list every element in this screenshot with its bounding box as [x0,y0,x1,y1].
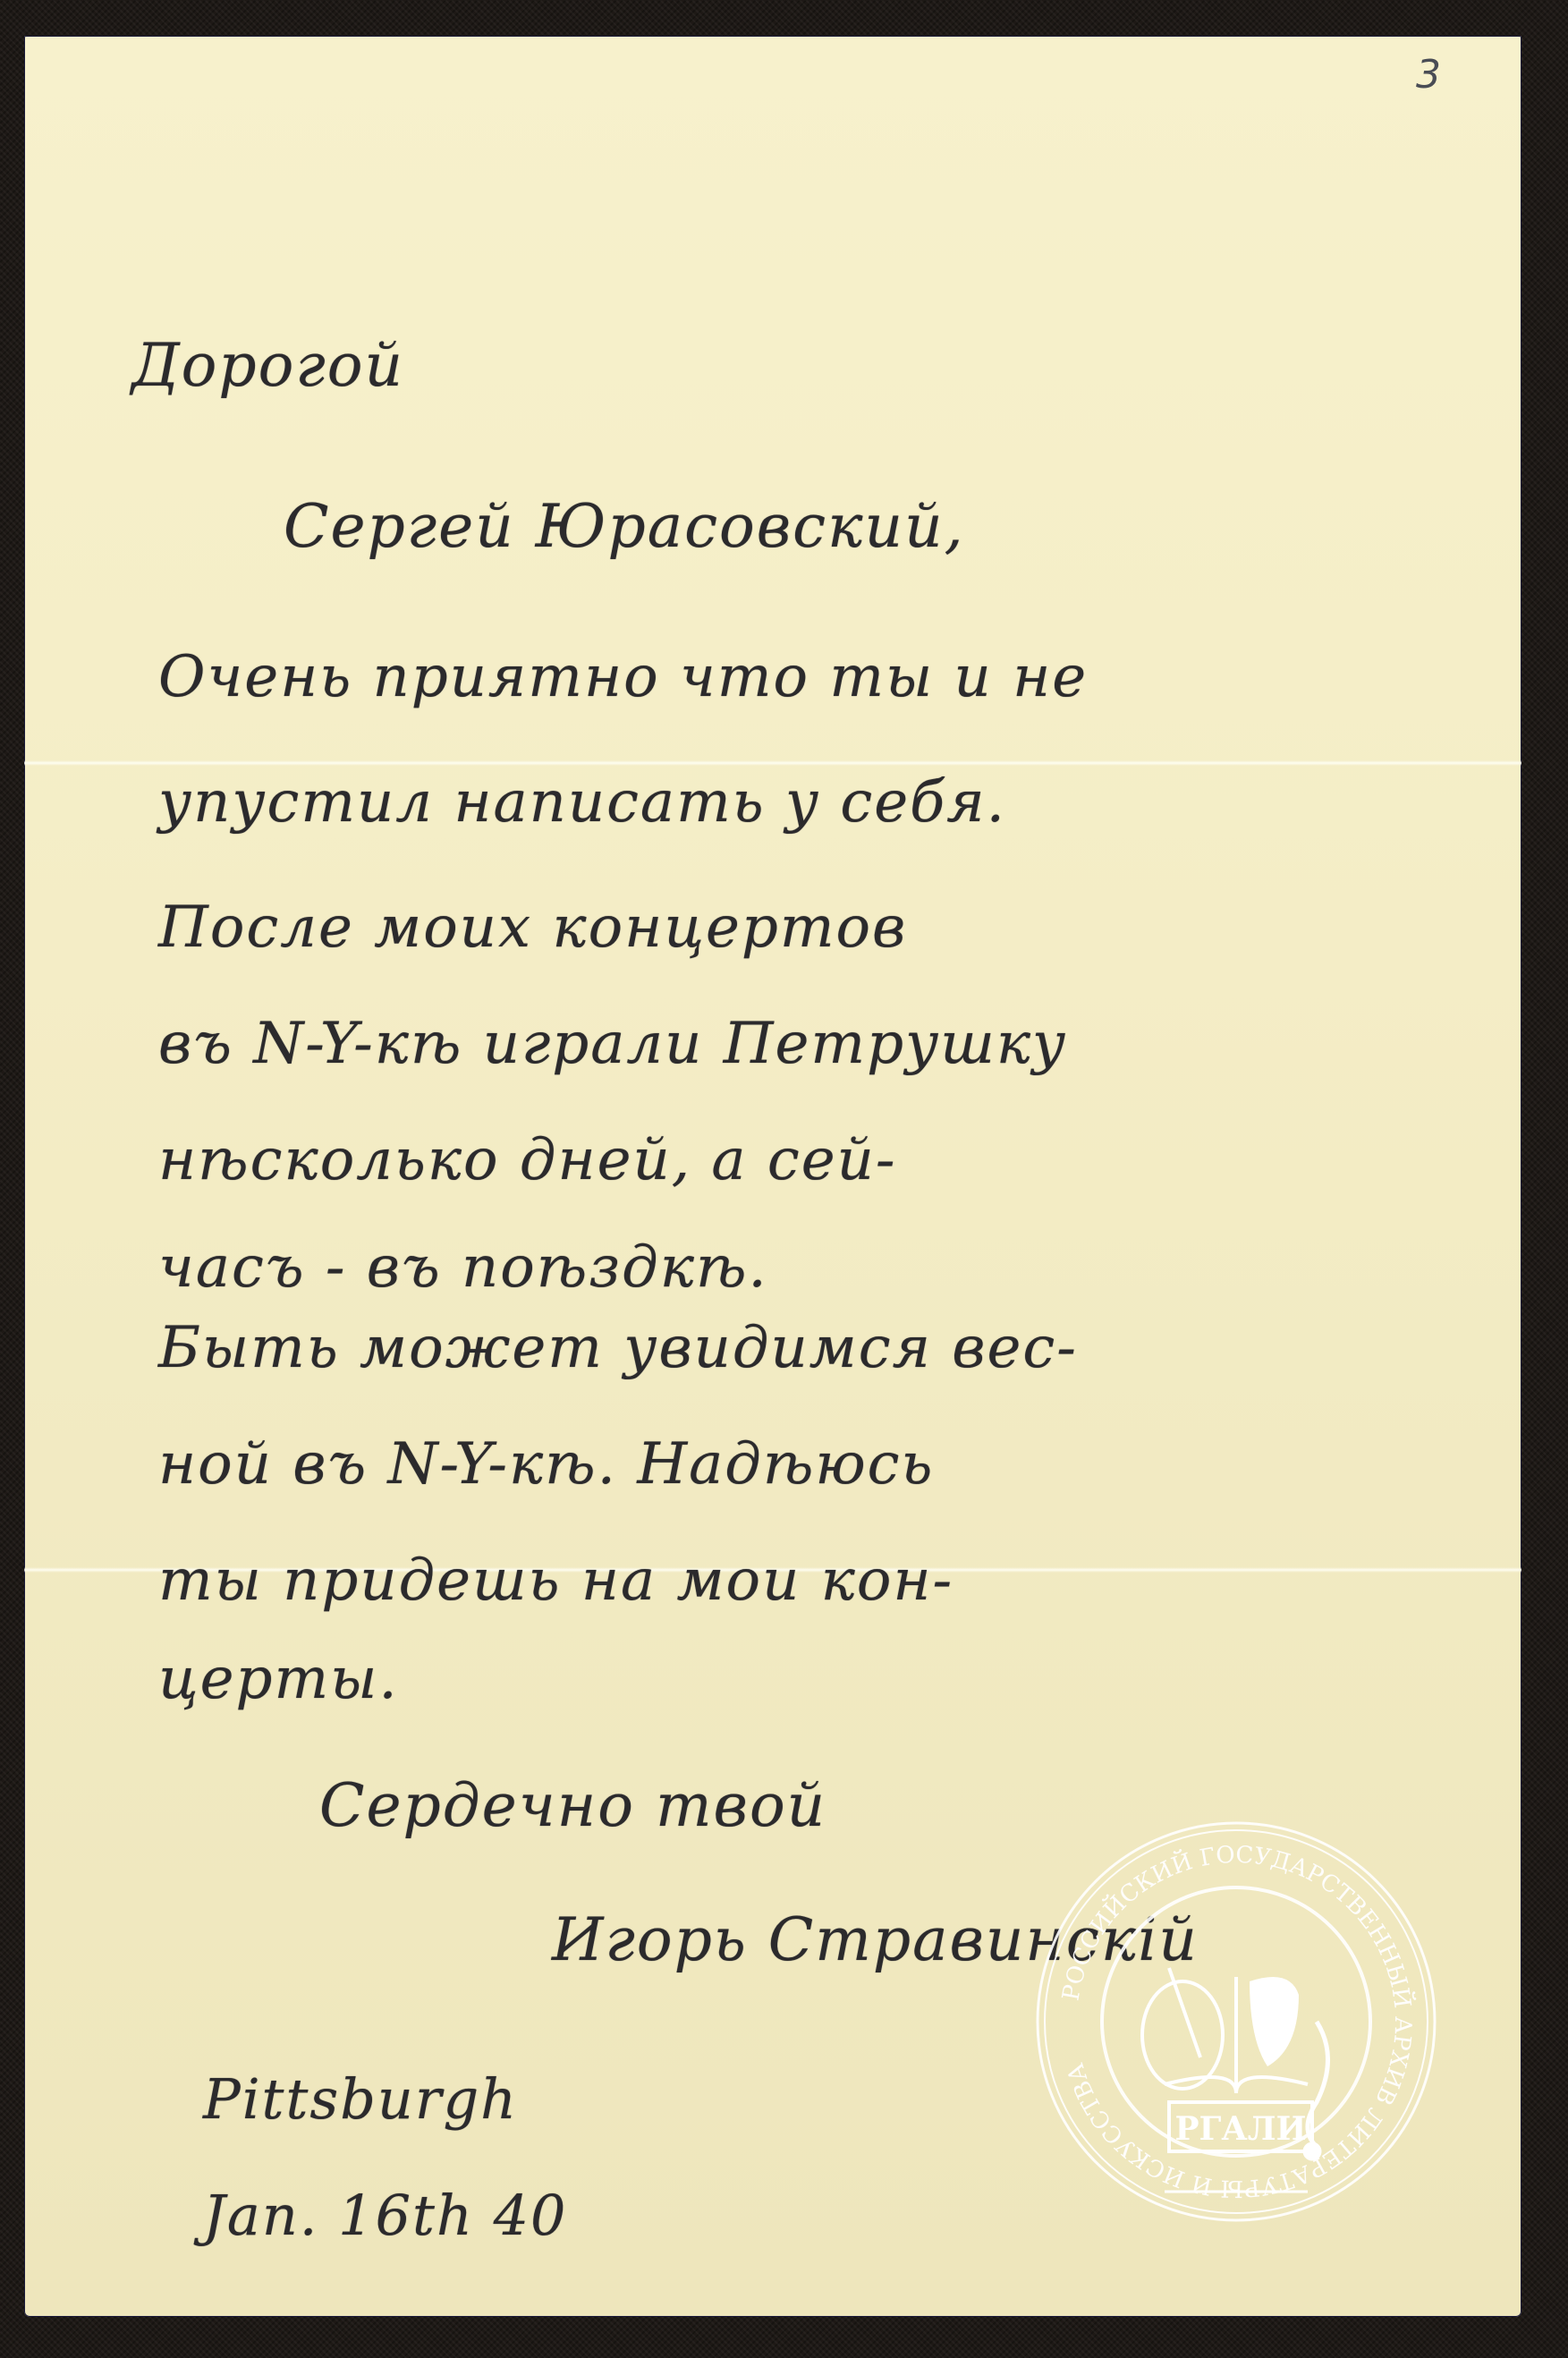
body-line: После моих концертов [158,895,907,961]
letter-page: 3 Дорогой Сергей Юрасовский, Очень прият… [24,36,1521,2317]
theatre-mask-icon [1250,1977,1299,2066]
body-line: Быть может увидимся вес- [158,1315,1078,1381]
treble-clef-icon [1305,2022,1328,2159]
place: Pittsburgh [203,2066,518,2132]
body-line: упустил написать у себя. [158,769,1006,835]
date: Jan. 16th 40 [203,2183,568,2248]
seal-center-text: РГАЛИ [1174,2110,1306,2148]
body-line: нѣсколько дней, а сей- [158,1127,896,1193]
fold-crease [24,760,1521,766]
body-line: Очень приятно что ты и не [158,644,1088,710]
palette-icon [1142,1968,1223,2089]
body-line: часъ - въ поѣздкѣ. [158,1234,768,1301]
signature: Игорь Стравинскій [552,1905,1199,1974]
body-line: ной въ N-Y-кѣ. Надѣюсь [158,1431,934,1497]
book-icon [1165,1977,1308,2093]
archive-seal-watermark: РОССИЙСКИЙ ГОСУДАРСТВЕННЫЙ АРХИВ ЛИТЕРАТ… [1030,1816,1442,2227]
film-strip-icon [1169,2102,1312,2151]
salutation-line-1: Дорогой [131,331,404,400]
body-line: въ N-Y-кѣ играли Петрушку [158,1011,1067,1077]
salutation-line-2: Сергей Юрасовский, [284,492,965,561]
seal-ring-text: РОССИЙСКИЙ ГОСУДАРСТВЕННЫЙ АРХИВ ЛИТЕРАТ… [1058,1842,1418,2202]
body-line: ты придешь на мои кон- [158,1548,954,1614]
folio-number: 3 [1416,52,1441,98]
body-line: церты. [158,1646,399,1712]
closing: Сердечно твой [319,1771,826,1840]
